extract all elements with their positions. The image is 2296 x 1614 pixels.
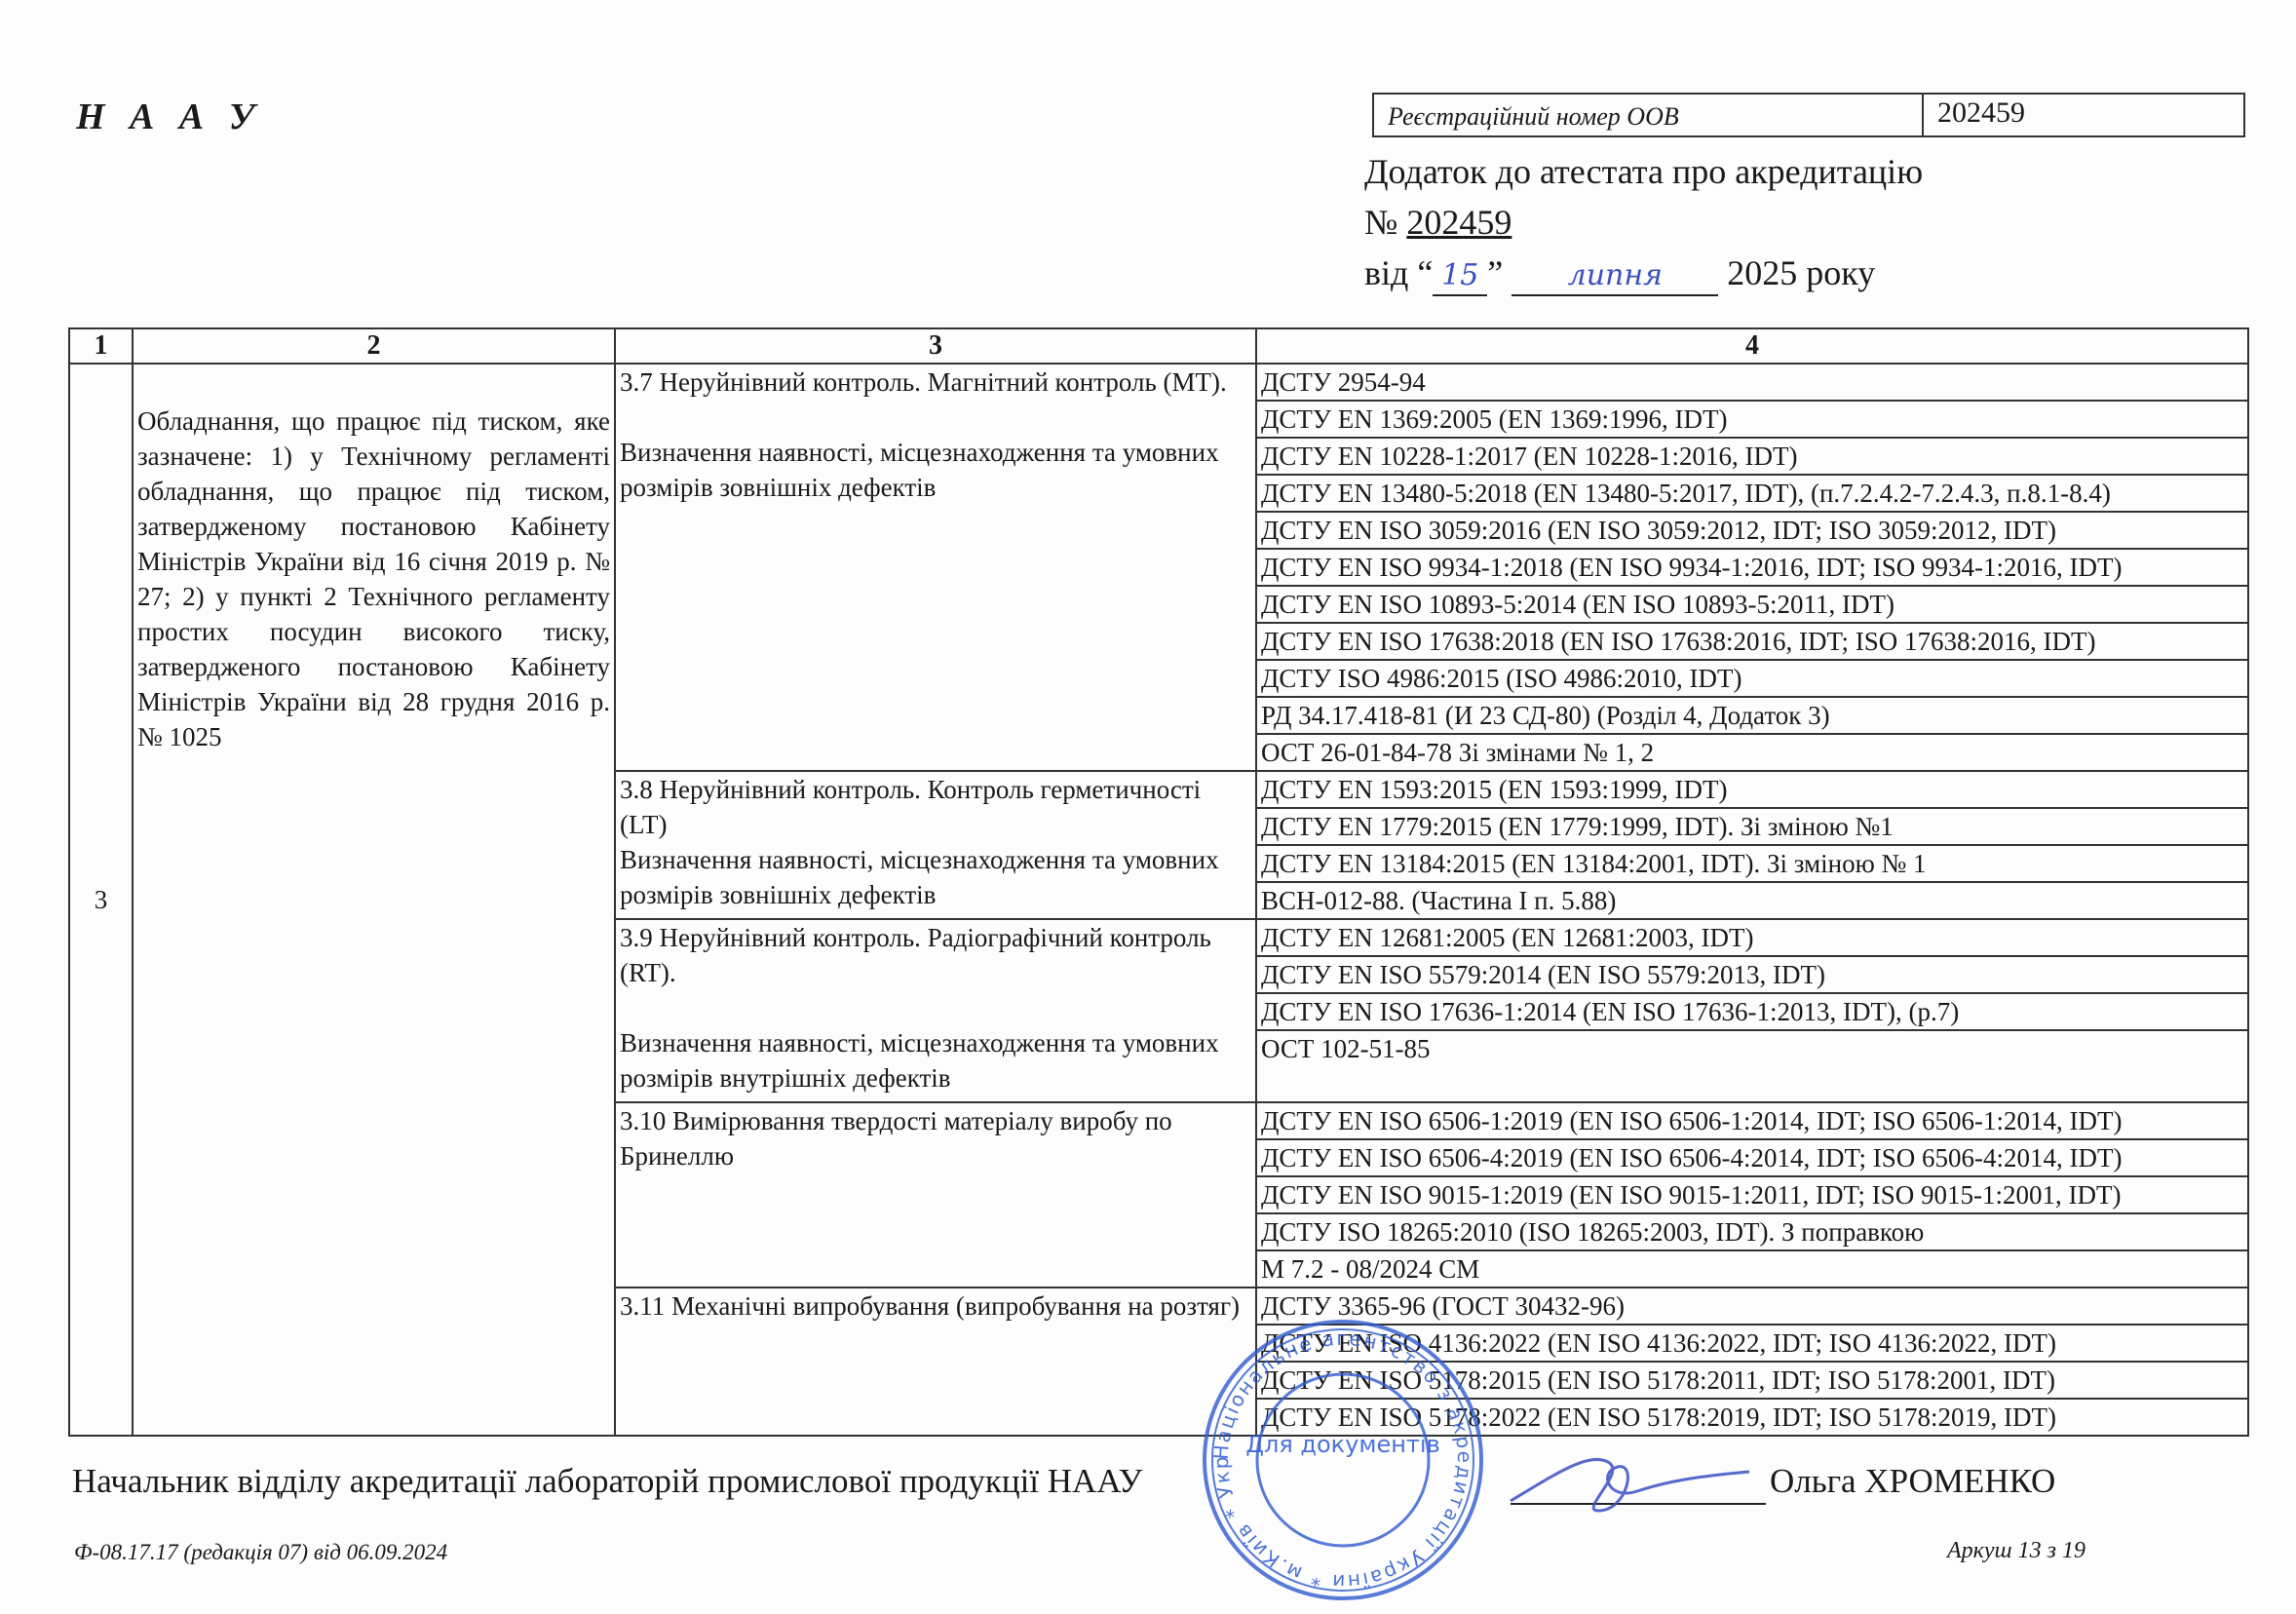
certificate-number: 202459	[1406, 203, 1512, 242]
test-method-subtitle: Визначення наявності, місцезнаходження т…	[620, 845, 1219, 909]
standard-reference: ДСТУ EN 10228-1:2017 (EN 10228-1:2016, I…	[1256, 438, 2248, 475]
standard-reference: ДСТУ ISO 4986:2015 (ISO 4986:2010, IDT)	[1256, 660, 2248, 697]
standard-reference: ДСТУ EN ISO 3059:2016 (EN ISO 3059:2012,…	[1256, 512, 2248, 549]
standard-reference: ДСТУ EN ISO 17638:2018 (EN ISO 17638:201…	[1256, 623, 2248, 660]
table-row: 3Обладнання, що працює під тиском, яке з…	[69, 364, 2248, 401]
standard-reference: ДСТУ EN ISO 17636-1:2014 (EN ISO 17636-1…	[1256, 993, 2248, 1030]
spacer	[620, 400, 1251, 435]
sheet-number: Аркуш 13 з 19	[1947, 1538, 2086, 1564]
column-header: 3	[615, 328, 1256, 364]
annex-heading: Додаток до атестата про акредитацію № 20…	[1364, 146, 1923, 298]
standard-reference: ДСТУ EN ISO 5579:2014 (EN ISO 5579:2013,…	[1256, 956, 2248, 993]
registration-box: Реєстраційний номер ООВ 202459	[1372, 93, 2245, 137]
column-header: 1	[69, 328, 133, 364]
handwritten-signature-icon	[1501, 1442, 1754, 1520]
standard-reference: ДСТУ EN 13184:2015 (EN 13184:2001, IDT).…	[1256, 845, 2248, 882]
test-method-subtitle: Визначення наявності, місцезнаходження т…	[620, 438, 1219, 502]
spacer	[620, 990, 1251, 1025]
date-day: 15	[1433, 257, 1487, 296]
test-method-cell: 3.7 Неруйнівний контроль. Магнітний конт…	[615, 364, 1256, 771]
standard-reference: ДСТУ EN 1369:2005 (EN 1369:1996, IDT)	[1256, 401, 2248, 438]
test-method-cell: 3.10 Вимірювання твердості матеріалу вир…	[615, 1102, 1256, 1287]
svg-text:Для документів: Для документів	[1245, 1431, 1440, 1458]
accreditation-scope-table: 1 2 3 4 3Обладнання, що працює під тиско…	[68, 327, 2249, 1437]
standard-reference: ДСТУ EN 13480-5:2018 (EN 13480-5:2017, I…	[1256, 475, 2248, 512]
signer-position: Начальник відділу акредитації лабораторі…	[72, 1462, 1142, 1501]
annex-date: від “15” липня 2025 року	[1364, 248, 1923, 298]
standard-reference: ВСН-012-88. (Частина I п. 5.88)	[1256, 882, 2248, 919]
test-method-cell: 3.8 Неруйнівний контроль. Контроль герме…	[615, 771, 1256, 919]
standard-reference: ДСТУ EN ISO 6506-4:2019 (EN ISO 6506-4:2…	[1256, 1139, 2248, 1176]
test-method-title: 3.8 Неруйнівний контроль. Контроль герме…	[620, 775, 1201, 839]
date-month: липня	[1512, 257, 1718, 296]
standard-reference: ДСТУ EN 12681:2005 (EN 12681:2003, IDT)	[1256, 919, 2248, 956]
annex-number: № 202459	[1364, 197, 1923, 248]
test-method-title: 3.11 Механічні випробування (випробуванн…	[620, 1291, 1240, 1321]
table-header-row: 1 2 3 4	[69, 328, 2248, 364]
standard-reference: ДСТУ EN ISO 9015-1:2019 (EN ISO 9015-1:2…	[1256, 1176, 2248, 1213]
test-method-subtitle: Визначення наявності, місцезнаходження т…	[620, 1028, 1219, 1093]
test-method-title: 3.10 Вимірювання твердості матеріалу вир…	[620, 1106, 1172, 1171]
standard-reference: ДСТУ EN ISO 6506-1:2019 (EN ISO 6506-1:2…	[1256, 1102, 2248, 1139]
standard-reference: ДСТУ ISO 18265:2010 (ISO 18265:2003, IDT…	[1256, 1213, 2248, 1250]
standard-reference: ОСТ 26-01-84-78 Зі змінами № 1, 2	[1256, 734, 2248, 771]
test-method-cell: 3.9 Неруйнівний контроль. Радіографічний…	[615, 919, 1256, 1102]
standard-reference: ДСТУ EN 1593:2015 (EN 1593:1999, IDT)	[1256, 771, 2248, 808]
standard-reference: ОСТ 102-51-85	[1256, 1030, 2248, 1102]
row-number: 3	[69, 364, 133, 1436]
org-abbreviation: Н А А У	[76, 96, 262, 138]
test-method-cell: 3.11 Механічні випробування (випробуванн…	[615, 1287, 1256, 1436]
standard-reference: ДСТУ EN 1779:2015 (EN 1779:1999, IDT). З…	[1256, 808, 2248, 845]
annex-title: Додаток до атестата про акредитацію	[1364, 146, 1923, 197]
column-header: 2	[133, 328, 615, 364]
standard-reference: М 7.2 - 08/2024 СМ	[1256, 1250, 2248, 1287]
standard-reference: ДСТУ EN ISO 9934-1:2018 (EN ISO 9934-1:2…	[1256, 549, 2248, 586]
form-identifier: Ф-08.17.17 (редакція 07) від 06.09.2024	[74, 1540, 447, 1565]
registration-value: 202459	[1924, 95, 2243, 135]
test-method-title: 3.9 Неруйнівний контроль. Радіографічний…	[620, 923, 1211, 987]
official-stamp-icon: Національне агентство з акредитації Укра…	[1197, 1314, 1489, 1606]
signer-name: Ольга ХРОМЕНКО	[1770, 1462, 2055, 1501]
test-method-title: 3.7 Неруйнівний контроль. Магнітний конт…	[620, 367, 1227, 397]
standard-reference: ДСТУ 2954-94	[1256, 364, 2248, 401]
date-year: 2025 року	[1727, 253, 1875, 292]
column-header: 4	[1256, 328, 2248, 364]
registration-label: Реєстраційний номер ООВ	[1374, 95, 1924, 135]
standard-reference: ДСТУ EN ISO 10893-5:2014 (EN ISO 10893-5…	[1256, 586, 2248, 623]
standard-reference: РД 34.17.418-81 (И 23 СД-80) (Розділ 4, …	[1256, 697, 2248, 734]
object-description: Обладнання, що працює під тиском, яке за…	[133, 364, 615, 1436]
